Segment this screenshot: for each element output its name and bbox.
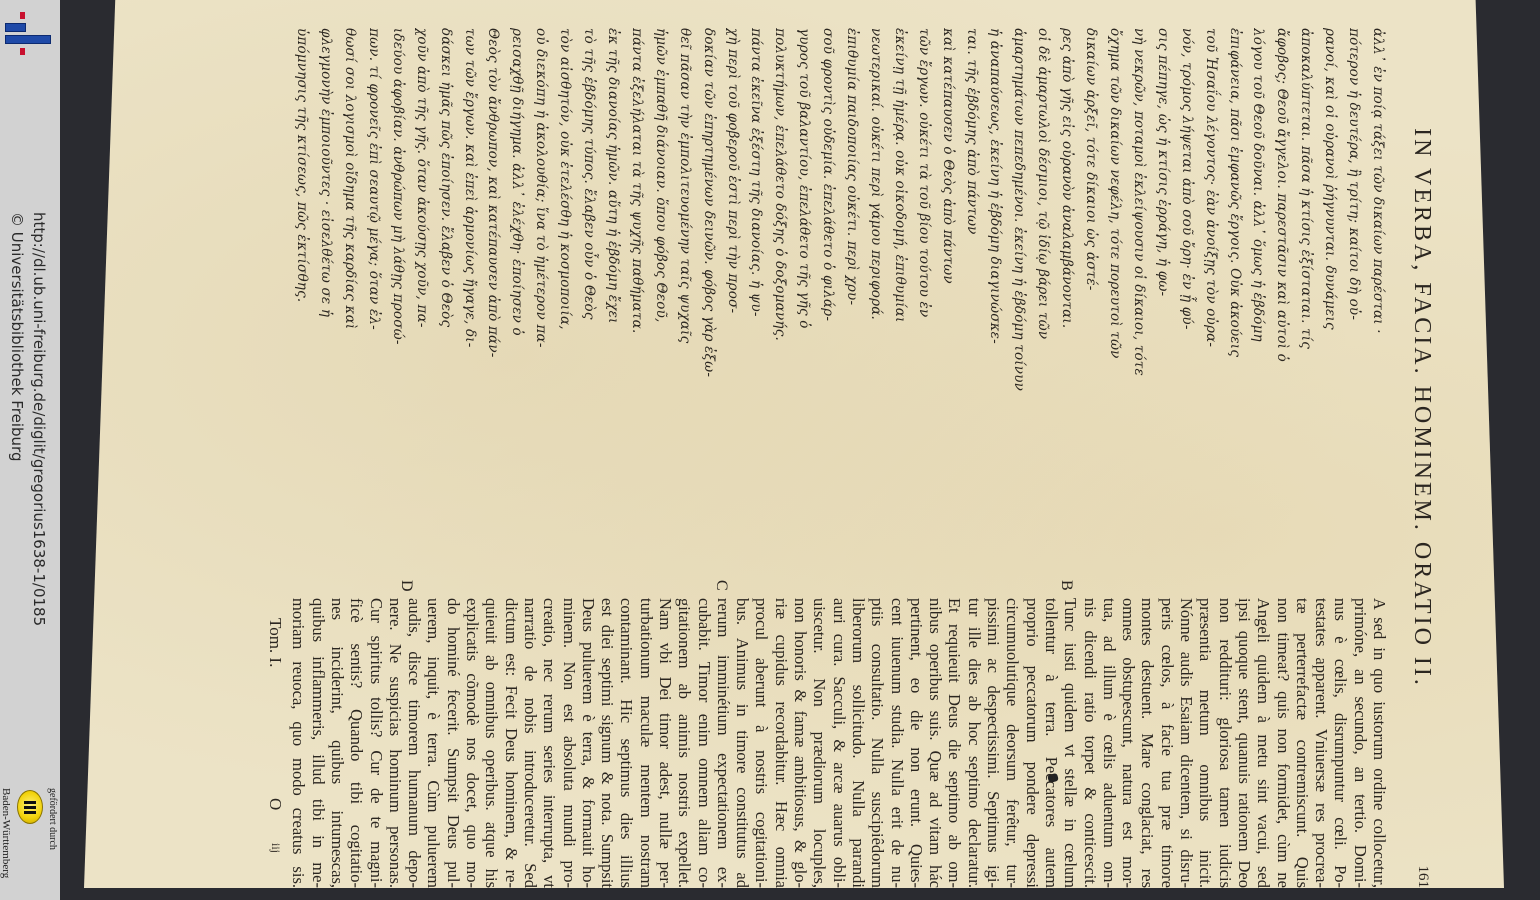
- text-line: nere. Ne suspicias hominum personas.: [386, 598, 405, 888]
- text-line: tua, ad illum è cœlis aduentum om-: [1100, 598, 1119, 888]
- text-line: ἐκ τῆς διανοίας ἡμῶν. αὕτη ἡ ἑβδόμη ἔχει: [600, 28, 624, 576]
- text-line: των τῶν ἔργων. καὶ ἐπεὶ ἁρμονίως ἤγαγε, …: [457, 28, 481, 576]
- text-line: contaminant. Hic septimus dies illius: [617, 598, 636, 888]
- text-line: ptiis consultatio. Nulla suscipiêdorum: [868, 598, 887, 888]
- funder-name: Baden-Württemberg: [0, 788, 12, 878]
- text-line: ται. τῆς ἑβδόμης ἀπὸ πάντων: [959, 28, 983, 576]
- text-line: ἐπιθυμία παιδοποιίας οὐκέτι. περὶ χρυ-: [839, 28, 863, 576]
- logo-blue-bar-long: [5, 35, 51, 44]
- text-line: χοῦν ἀπὸ τῆς γῆς. ὅταν ἀκούσῃς χοῦν, πα-: [409, 28, 433, 576]
- text-line: non honoris & famæ ambitiosus, & glo-: [791, 598, 810, 888]
- baden-wuerttemberg-crest-icon: [17, 790, 43, 824]
- text-line: γυρος τοῦ βαλαντίου, ἐπελάθετο τῆς γῆς ὁ: [791, 28, 815, 576]
- running-head-title: IN VERBA, FACIA. HOMINEM. ORATIO II.: [1408, 58, 1435, 758]
- text-line: uiscetur. Non prædiorum locuples,: [810, 598, 829, 888]
- text-line: νὴ νεκρῶν, ποταμοὶ ἐκλείψουσιν οἱ δίκαιο…: [1126, 28, 1150, 576]
- text-line: quieuit ab omnibus operibus. atque his: [482, 598, 501, 888]
- margin-letter-b: B: [1057, 580, 1075, 591]
- text-line: testates apparent. Vniuersæ res procrea-: [1312, 598, 1331, 888]
- text-line: tur ille dies ab hoc septimo declaratur.: [964, 598, 983, 888]
- text-line: Nónne audis Esaiam dicentem, si disru-: [1177, 598, 1196, 888]
- text-line: omnes obstupescunt, natura est mor-: [1119, 598, 1138, 888]
- text-line: πάντα ἐκεῖνα ἐξέστη τῆς διανοίας. ἡ ψυ-: [744, 28, 768, 576]
- text-line: ὑπόμνησις τῆς κτίσεως, πῶς ἐκτίσθης.: [289, 28, 313, 576]
- text-line: explicatis cõmodè nos docet, quo mo-: [463, 598, 482, 888]
- text-line: οὐ διεκόπη ἡ ἀκολουθία; ἵνα τὸ ἡμέτερον …: [528, 28, 552, 576]
- text-line: creatio, nec rerum series interrupta, vt: [540, 598, 559, 888]
- running-head: IN VERBA, FACIA. HOMINEM. ORATIO II. 161: [1395, 28, 1435, 888]
- text-line: gitationem ab animis nostris expellet.: [675, 598, 694, 888]
- text-line: proprio peccatorum pondere depressi: [1022, 598, 1041, 888]
- text-line: dictum est: Fecit Deus hominem, & re-: [501, 598, 520, 888]
- logo-blue-bar-short: [5, 23, 26, 32]
- text-line: turbationum maculæ mentem nostram: [636, 598, 655, 888]
- page-content-rotated: IN VERBA, FACIA. HOMINEM. ORATIO II. 161…: [255, 28, 1435, 888]
- text-line: πων. τί φρονεῖς ἐπὶ σεαυτῷ μέγα; ὅταν ἐλ…: [361, 28, 385, 576]
- text-line: moriam reuoca, quo modo creatus sis.: [289, 598, 308, 888]
- text-line: cubabit. Timor enim omnem aliam co-: [694, 598, 713, 888]
- text-line: θωσί σοι λογισμοὶ οἴδημα τῆς καρδίας καὶ: [337, 28, 361, 576]
- text-line: Et requieuit Deus die septimo ab om-: [945, 598, 964, 888]
- text-line: peris cœlos, à facie tua præ timore: [1157, 598, 1176, 888]
- text-line: δικαίων ἀρξεῖ, τότε δίκαιοι ὡς ἀστέ-: [1078, 28, 1102, 576]
- text-line: uerem, inquit, è terra. Cùm puluerem: [424, 598, 443, 888]
- text-line: φλεγμονὴν ἐμποιοῦντες · εἰσελθέτω σε ἡ: [313, 28, 337, 576]
- page-number: 161: [1414, 866, 1431, 889]
- text-line: nes inciderint, quibus intumescas,: [328, 598, 347, 888]
- ub-freiburg-logo-icon[interactable]: [2, 8, 52, 58]
- text-line: τὸ τῆς ἑβδόμης τύπος. ἔλαβεν οὖν ὁ Θεὸς: [576, 28, 600, 576]
- text-line: Cur spiritus tollis? Cur de te magni-: [366, 598, 385, 888]
- text-line: οἱ δὲ ἁμαρτωλοὶ δέσμιοι, τῷ ἰδίῳ βάρει τ…: [1030, 28, 1054, 576]
- text-line: ρεισαχθῇ διήγημα. ἀλλ᾽ ἐλέχθη· ἐποίησεν …: [504, 28, 528, 576]
- margin-letter-c: C: [712, 580, 730, 591]
- text-line: cent iuuenum studia. Nulla erit de nu-: [887, 598, 906, 888]
- text-line: ὄχημα τῶν δικαίων νεφέλη, τότε πορευτοὶ …: [1102, 28, 1126, 576]
- text-line: liberorum sollicitudo. Nulla parandi: [849, 598, 868, 888]
- text-line: δοκίαν τῶν ἐπηρτημένων δεινῶν. φόβος γὰρ…: [696, 28, 720, 576]
- text-line: Angeli quidem à metu sint vacui, sed: [1254, 598, 1273, 888]
- text-line: tæ perterrefactæ contremiscunt. Quis: [1293, 598, 1312, 888]
- text-line: quibus inflammeris, illud tibi in me-: [308, 598, 327, 888]
- text-line: νόν, τρόμος λήψεται ἀπὸ σοῦ ὄρη· ἐν ᾗ φύ…: [1174, 28, 1198, 576]
- text-line: δάσκει ἡμᾶς πῶς ἐποίησεν. ἔλαβεν ὁ Θεὸς: [433, 28, 457, 576]
- text-line: θεῖ πᾶσαν τὴν ἐμπολιτευομένην ταῖς ψυχαῖ…: [672, 28, 696, 576]
- text-line: τὸν αἰσθητόν, οὐκ ἐτελέσθη ἡ κοσμοποιία,: [552, 28, 576, 576]
- text-line: σοῦ φροντὶς οὐδεμία. ἐπελάθετο ὁ φιλάρ-: [815, 28, 839, 576]
- text-line: primóne, an secundo, an tertio. Domi-: [1350, 598, 1369, 888]
- text-line: nibus operibus suis. Quæ ad vitam hác: [926, 598, 945, 888]
- text-line: ἄφοβος; Θεοῦ ἄγγελοι. παρεστᾶσιν καὶ αὐτ…: [1269, 28, 1293, 576]
- text-line: πολυκτήμων, ἐπελάθετο δόξης ὁ δοξομανής.: [767, 28, 791, 576]
- text-line: ἁμαρτημάτων πεπεδημένοι. ἐκείνη ἡ ἑβδόμη…: [1007, 28, 1031, 576]
- text-line: ipsi quoque stent, quanuis rationem Deo: [1235, 598, 1254, 888]
- text-line: ἡμῶν ἐμπαθῆ διάνοιαν. ὅπου φόβος Θεοῦ,: [648, 28, 672, 576]
- text-line: auri cura. Sacculi, & arcæ auarus obli-: [829, 598, 848, 888]
- text-line: πάντα ἐξελήλαται τὰ τῆς ψυχῆς παθήματα.: [624, 28, 648, 576]
- text-line: minem. Non est absoluta mundi pro-: [559, 598, 578, 888]
- text-line: nus è cœlis, disrumpuntur cœli. Po-: [1331, 598, 1350, 888]
- text-line: σις πέπηγε, ὡς ἡ κτίσις ἐρράγη, ἡ φω-: [1150, 28, 1174, 576]
- text-line: pertinent, eo die non erunt. Quies-: [907, 598, 926, 888]
- text-line: montes destuent. Mare conglaciat, res: [1138, 598, 1157, 888]
- text-line: ἐκείνῃ τῇ ἡμέρᾳ. οὐκ οἰκοδομή, ἐπιθυμίαι: [887, 28, 911, 576]
- text-line: tollentur à terra. Peccatores autem: [1042, 598, 1061, 888]
- latin-text-column: A sed in quo iustorum ordine collocetur,…: [289, 598, 1389, 888]
- text-line: ἀποκαλύπτεται. πᾶσα ἡ κτίσις ἐξίσταται. …: [1293, 28, 1317, 576]
- text-line: do hominé fecerit. Sumpsit Deus pul-: [443, 598, 462, 888]
- text-line: procul aberunt à nostris cogitationi-: [752, 598, 771, 888]
- volume-label: Tom. I.: [265, 618, 285, 667]
- text-line: λόγου τοῦ Θεοῦ δοῦναι. ἀλλ᾽ ὅμως ἡ ἑβδόμ…: [1246, 28, 1270, 576]
- viewer-sidebar: http://dl.ub.uni-freiburg.de/diglit/greg…: [0, 0, 60, 900]
- text-line: τῶν ἔργων. οὐκέτι τὰ τοῦ βίου τούτου ἐν: [911, 28, 935, 576]
- funder-badge: gefördert durch Baden-Württemberg: [0, 782, 60, 900]
- text-line: νεωτερικαί. οὐκέτι περὶ γάμου περιφορά.: [863, 28, 887, 576]
- text-line: ἀλλ᾽ ἐν ποίᾳ τάξει τῶν δικαίων παρέσται …: [1365, 28, 1389, 576]
- text-line: ιδεύου ἀφοβίαν. ἀνθρώπων μὴ λάθῃς προσώ-: [385, 28, 409, 576]
- document-url[interactable]: http://dl.ub.uni-freiburg.de/diglit/greg…: [30, 212, 48, 626]
- text-line: bus. Animus in timore constitutus ad: [733, 598, 752, 888]
- funder-label: gefördert durch: [47, 788, 58, 850]
- text-line: A sed in quo iustorum ordine collocetur,: [1370, 598, 1389, 888]
- text-line: præsentia metum omnibus inicit.: [1196, 598, 1215, 888]
- text-line: τοῦ Ἠσαΐου λέγοντος· ἐὰν ἀνοίξῃς τὸν οὐρ…: [1198, 28, 1222, 576]
- signature-number: iij: [268, 843, 283, 853]
- text-line: riæ cupidus recordabitur. Hæc omnia: [772, 598, 791, 888]
- text-line: καὶ κατέπαυσεν ὁ Θεὸς ἀπὸ πάντων: [935, 28, 959, 576]
- logo-red-mark: [20, 48, 25, 55]
- text-line: Tunc iusti quidem vt stellæ in cœlum: [1061, 598, 1080, 888]
- text-line: ἐπιφάνεια, πᾶσι ἐμφανῶς ἔργοις. Οὐκ ἀκού…: [1222, 28, 1246, 576]
- text-line: audis, disce timorem humanum depo-: [405, 598, 424, 888]
- text-line: circumuolutique deorsum ferêtur, tur-: [1003, 598, 1022, 888]
- text-line: ἡ ἀναπαύσεως, ἐκείνη ἡ ἑβδόμη διαγινώσκε…: [983, 28, 1007, 576]
- text-line: Θεὸς τὸν ἄνθρωπον, καὶ κατέπαυσεν ἀπὸ πά…: [481, 28, 505, 576]
- text-line: ficè sentis? Quando tibi cogitatio-: [347, 598, 366, 888]
- text-line: narratio de nobis introduceretur. Sed: [521, 598, 540, 888]
- text-line: ρες ἀπὸ γῆς εἰς οὐρανὸν ἀναλαμβάνονται.: [1054, 28, 1078, 576]
- text-line: est diei septimi signum & nota. Sumpsit: [598, 598, 617, 888]
- text-line: Nam vbi Dei timor adest, nullæ per-: [656, 598, 675, 888]
- signature-mark: O: [265, 798, 285, 810]
- text-line: pissimi ac despectissimi. Septimus igi-: [984, 598, 1003, 888]
- text-line: rerum imminétium expectationem ex-: [714, 598, 733, 888]
- greek-text-column: ἀλλ᾽ ἐν ποίᾳ τάξει τῶν δικαίων παρέσται …: [289, 28, 1389, 576]
- copyright-notice: © Universitätsbibliothek Freiburg: [8, 212, 26, 461]
- text-line: χὴ περὶ τοῦ φοβεροῦ ἐστὶ περὶ τὴν προσ-: [720, 28, 744, 576]
- logo-red-mark: [20, 12, 25, 19]
- text-line: non timeat? quis non formidet, cùm ne: [1273, 598, 1292, 888]
- text-line: nis dicendi ratio torpet & conticescit.: [1080, 598, 1099, 888]
- text-line: πότερον ἡ δευτέρα, ἢ τρίτη; καίτοι δὴ οὐ…: [1341, 28, 1365, 576]
- text-line: Deus puluerem è terra, & formauit ho-: [579, 598, 598, 888]
- text-line: ρανοί, καὶ οἱ οὐρανοὶ ῥήγνυνται. δυνάμει…: [1317, 28, 1341, 576]
- margin-letter-d: D: [397, 580, 415, 592]
- text-line: non reddituri: gloriosa tamen iudicis: [1215, 598, 1234, 888]
